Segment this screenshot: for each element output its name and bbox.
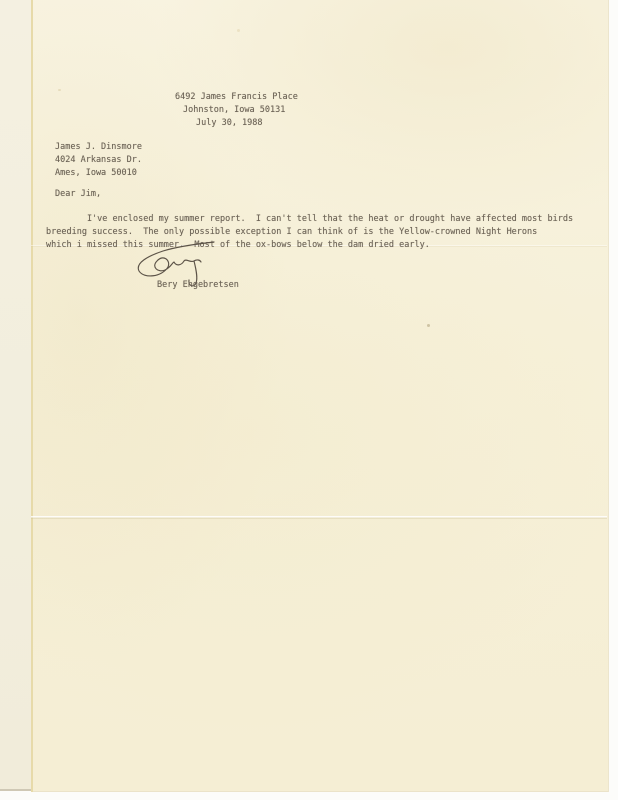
body-line: I've enclosed my summer report. I can't … [46, 213, 573, 226]
salutation: Dear Jim, [55, 188, 101, 201]
sender-address-line: Johnston, Iowa 50131 [183, 104, 285, 117]
body-line: which i missed this summer. Most of the … [46, 239, 430, 252]
recipient-name: James J. Dinsmore [55, 141, 142, 154]
paper-speck [237, 29, 240, 32]
recipient-address-line: Ames, Iowa 50010 [55, 167, 137, 180]
sender-address-line: 6492 James Francis Place [175, 91, 298, 104]
typed-signature-name: Bery Engebretsen [157, 279, 239, 292]
paper-speck [427, 324, 430, 327]
paper-speck [58, 89, 61, 91]
letter-paper [31, 0, 609, 792]
body-line: breeding success. The only possible exce… [46, 226, 537, 239]
letter-date: July 30, 1988 [196, 117, 263, 130]
scanned-letter-page: 6492 James Francis Place Johnston, Iowa … [0, 0, 618, 800]
recipient-address-line: 4024 Arkansas Dr. [55, 154, 142, 167]
back-sheet-edge [0, 0, 31, 791]
